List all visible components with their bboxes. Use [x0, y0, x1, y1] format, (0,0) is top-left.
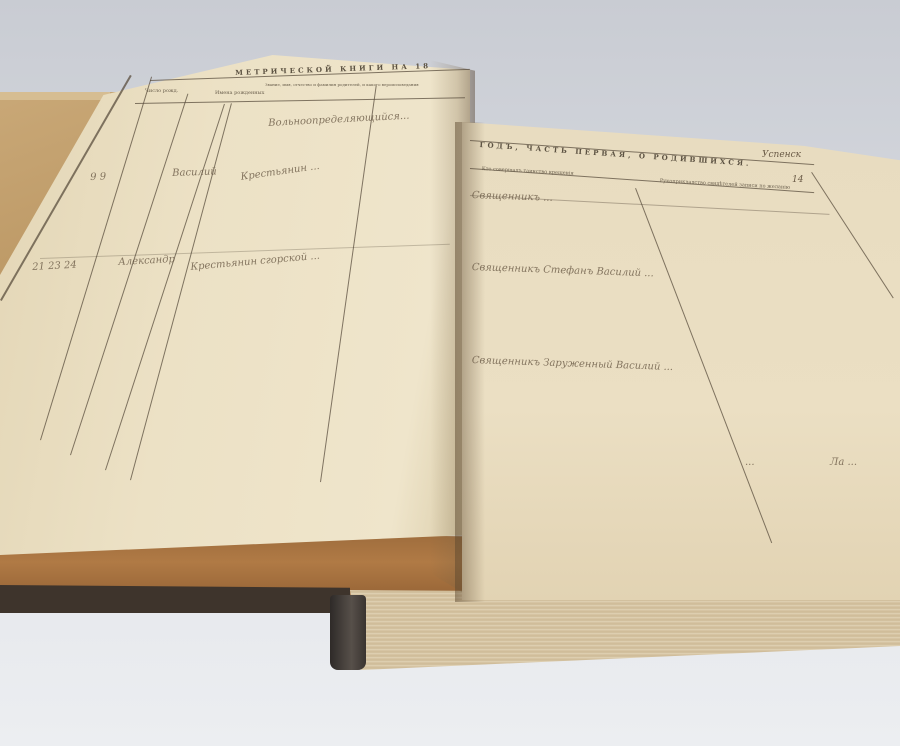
book-photo: МЕТРИЧЕСКОЙ КНИГИ НА 18 Число рожд. Имен… — [0, 0, 900, 746]
spine-binding — [330, 595, 366, 670]
entry-numbers: 21 23 24 — [32, 260, 77, 273]
entry-name: Василий — [172, 166, 217, 179]
col-header-date: Число рожд. — [145, 88, 178, 94]
col-header-name: Имена рожденных — [215, 90, 264, 96]
footer-mark: ... — [745, 457, 755, 468]
col-header-parents: Звание, имя, отчество и фамилия родителе… — [265, 82, 419, 87]
page-block-edge — [350, 590, 900, 670]
cover-edge — [0, 92, 110, 100]
page-number: 14 — [792, 175, 803, 185]
footer-mark: Ла ... — [830, 457, 857, 468]
book-board-shadow — [0, 585, 350, 613]
corner-note: Успенск — [762, 150, 801, 160]
entry-numbers: 9 9 — [90, 171, 106, 183]
